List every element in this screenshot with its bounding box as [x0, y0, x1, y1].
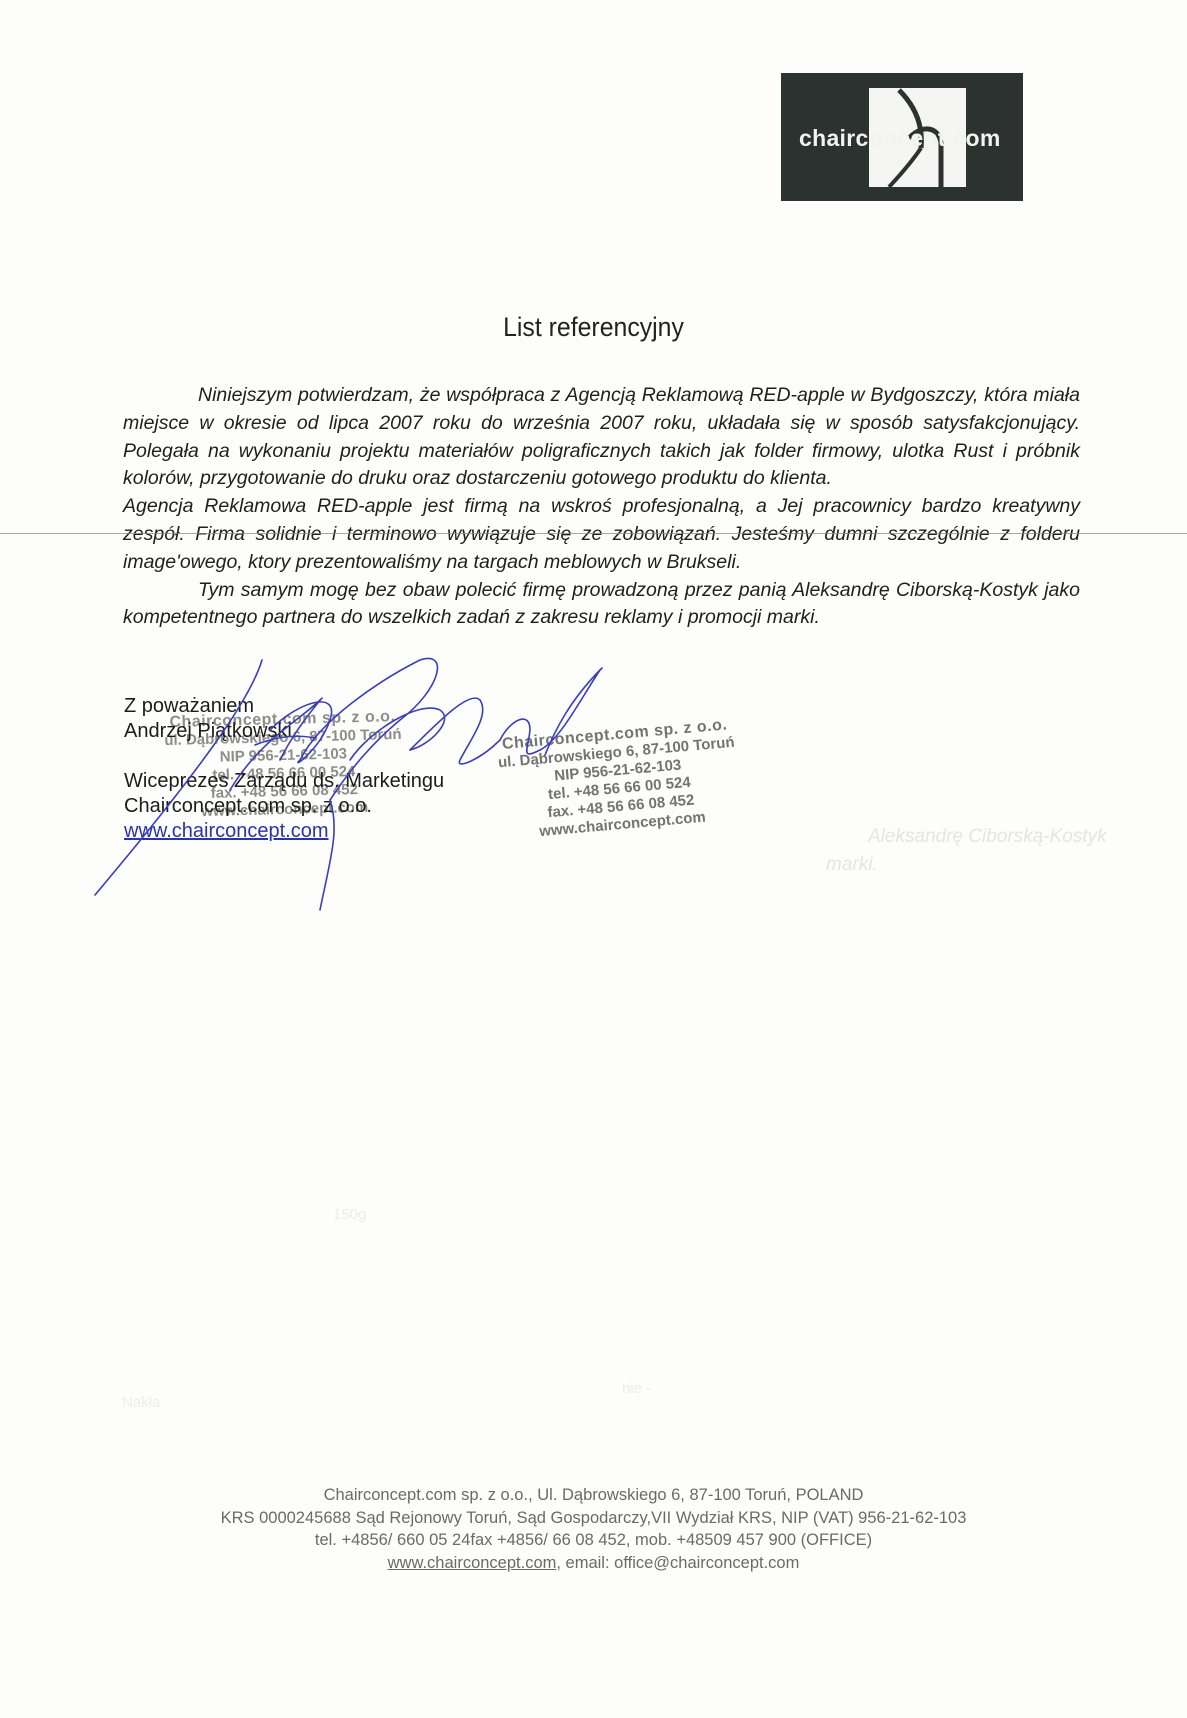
scan-fold-line: [0, 533, 1187, 534]
letterhead-footer: Chairconcept.com sp. z o.o., Ul. Dąbrows…: [0, 1484, 1187, 1574]
ghost-text-fragment-2: nie -: [622, 1380, 651, 1397]
signatory-company: Chairconcept.com sp. z o.o.: [124, 794, 444, 819]
ghost-text-fragment-1: Nakła: [122, 1394, 160, 1411]
company-logo: chairconcept.com: [781, 73, 1023, 201]
signatory-name: Andrzej Piątkowski: [124, 719, 444, 744]
letter-page: chairconcept.com List referencyjny Ninie…: [0, 0, 1187, 1718]
body-paragraph-2: Agencja Reklamowa RED-apple jest firmą n…: [123, 493, 1080, 576]
document-title: List referencyjny: [47, 312, 1139, 343]
salutation: Z poważaniem: [124, 694, 444, 719]
ghost-text-2: marki.: [826, 854, 878, 876]
footer-registration: KRS 0000245688 Sąd Rejonowy Toruń, Sąd G…: [0, 1507, 1187, 1530]
website-link[interactable]: www.chairconcept.com: [124, 820, 329, 842]
company-stamp-right: Chairconcept.com sp. z o.o. ul. Dąbrowsk…: [496, 716, 742, 844]
ghost-text-1: Aleksandrę Ciborską-Kostyk: [868, 826, 1107, 848]
logo-wordmark: chairconcept.com: [799, 125, 1001, 152]
body-paragraph-1: Niniejszym potwierdzam, że współpraca z …: [123, 382, 1080, 493]
body-paragraph-3: Tym samym mogę bez obaw polecić firmę pr…: [123, 577, 1080, 633]
footer-website-link[interactable]: www.chairconcept.com: [388, 1554, 557, 1572]
ghost-text-weight: 150g: [333, 1206, 366, 1223]
letter-body: Niniejszym potwierdzam, że współpraca z …: [123, 382, 1080, 632]
closing-block: Z poważaniem Andrzej Piątkowski Wiceprez…: [124, 694, 444, 844]
footer-contact: www.chairconcept.com, email: office@chai…: [0, 1552, 1187, 1575]
signatory-position: Wiceprezes Zarządu ds. Marketingu: [124, 769, 444, 794]
footer-email: , email: office@chairconcept.com: [556, 1554, 799, 1572]
footer-address: Chairconcept.com sp. z o.o., Ul. Dąbrows…: [0, 1484, 1187, 1507]
footer-phones: tel. +4856/ 660 05 24fax +4856/ 66 08 45…: [0, 1529, 1187, 1552]
